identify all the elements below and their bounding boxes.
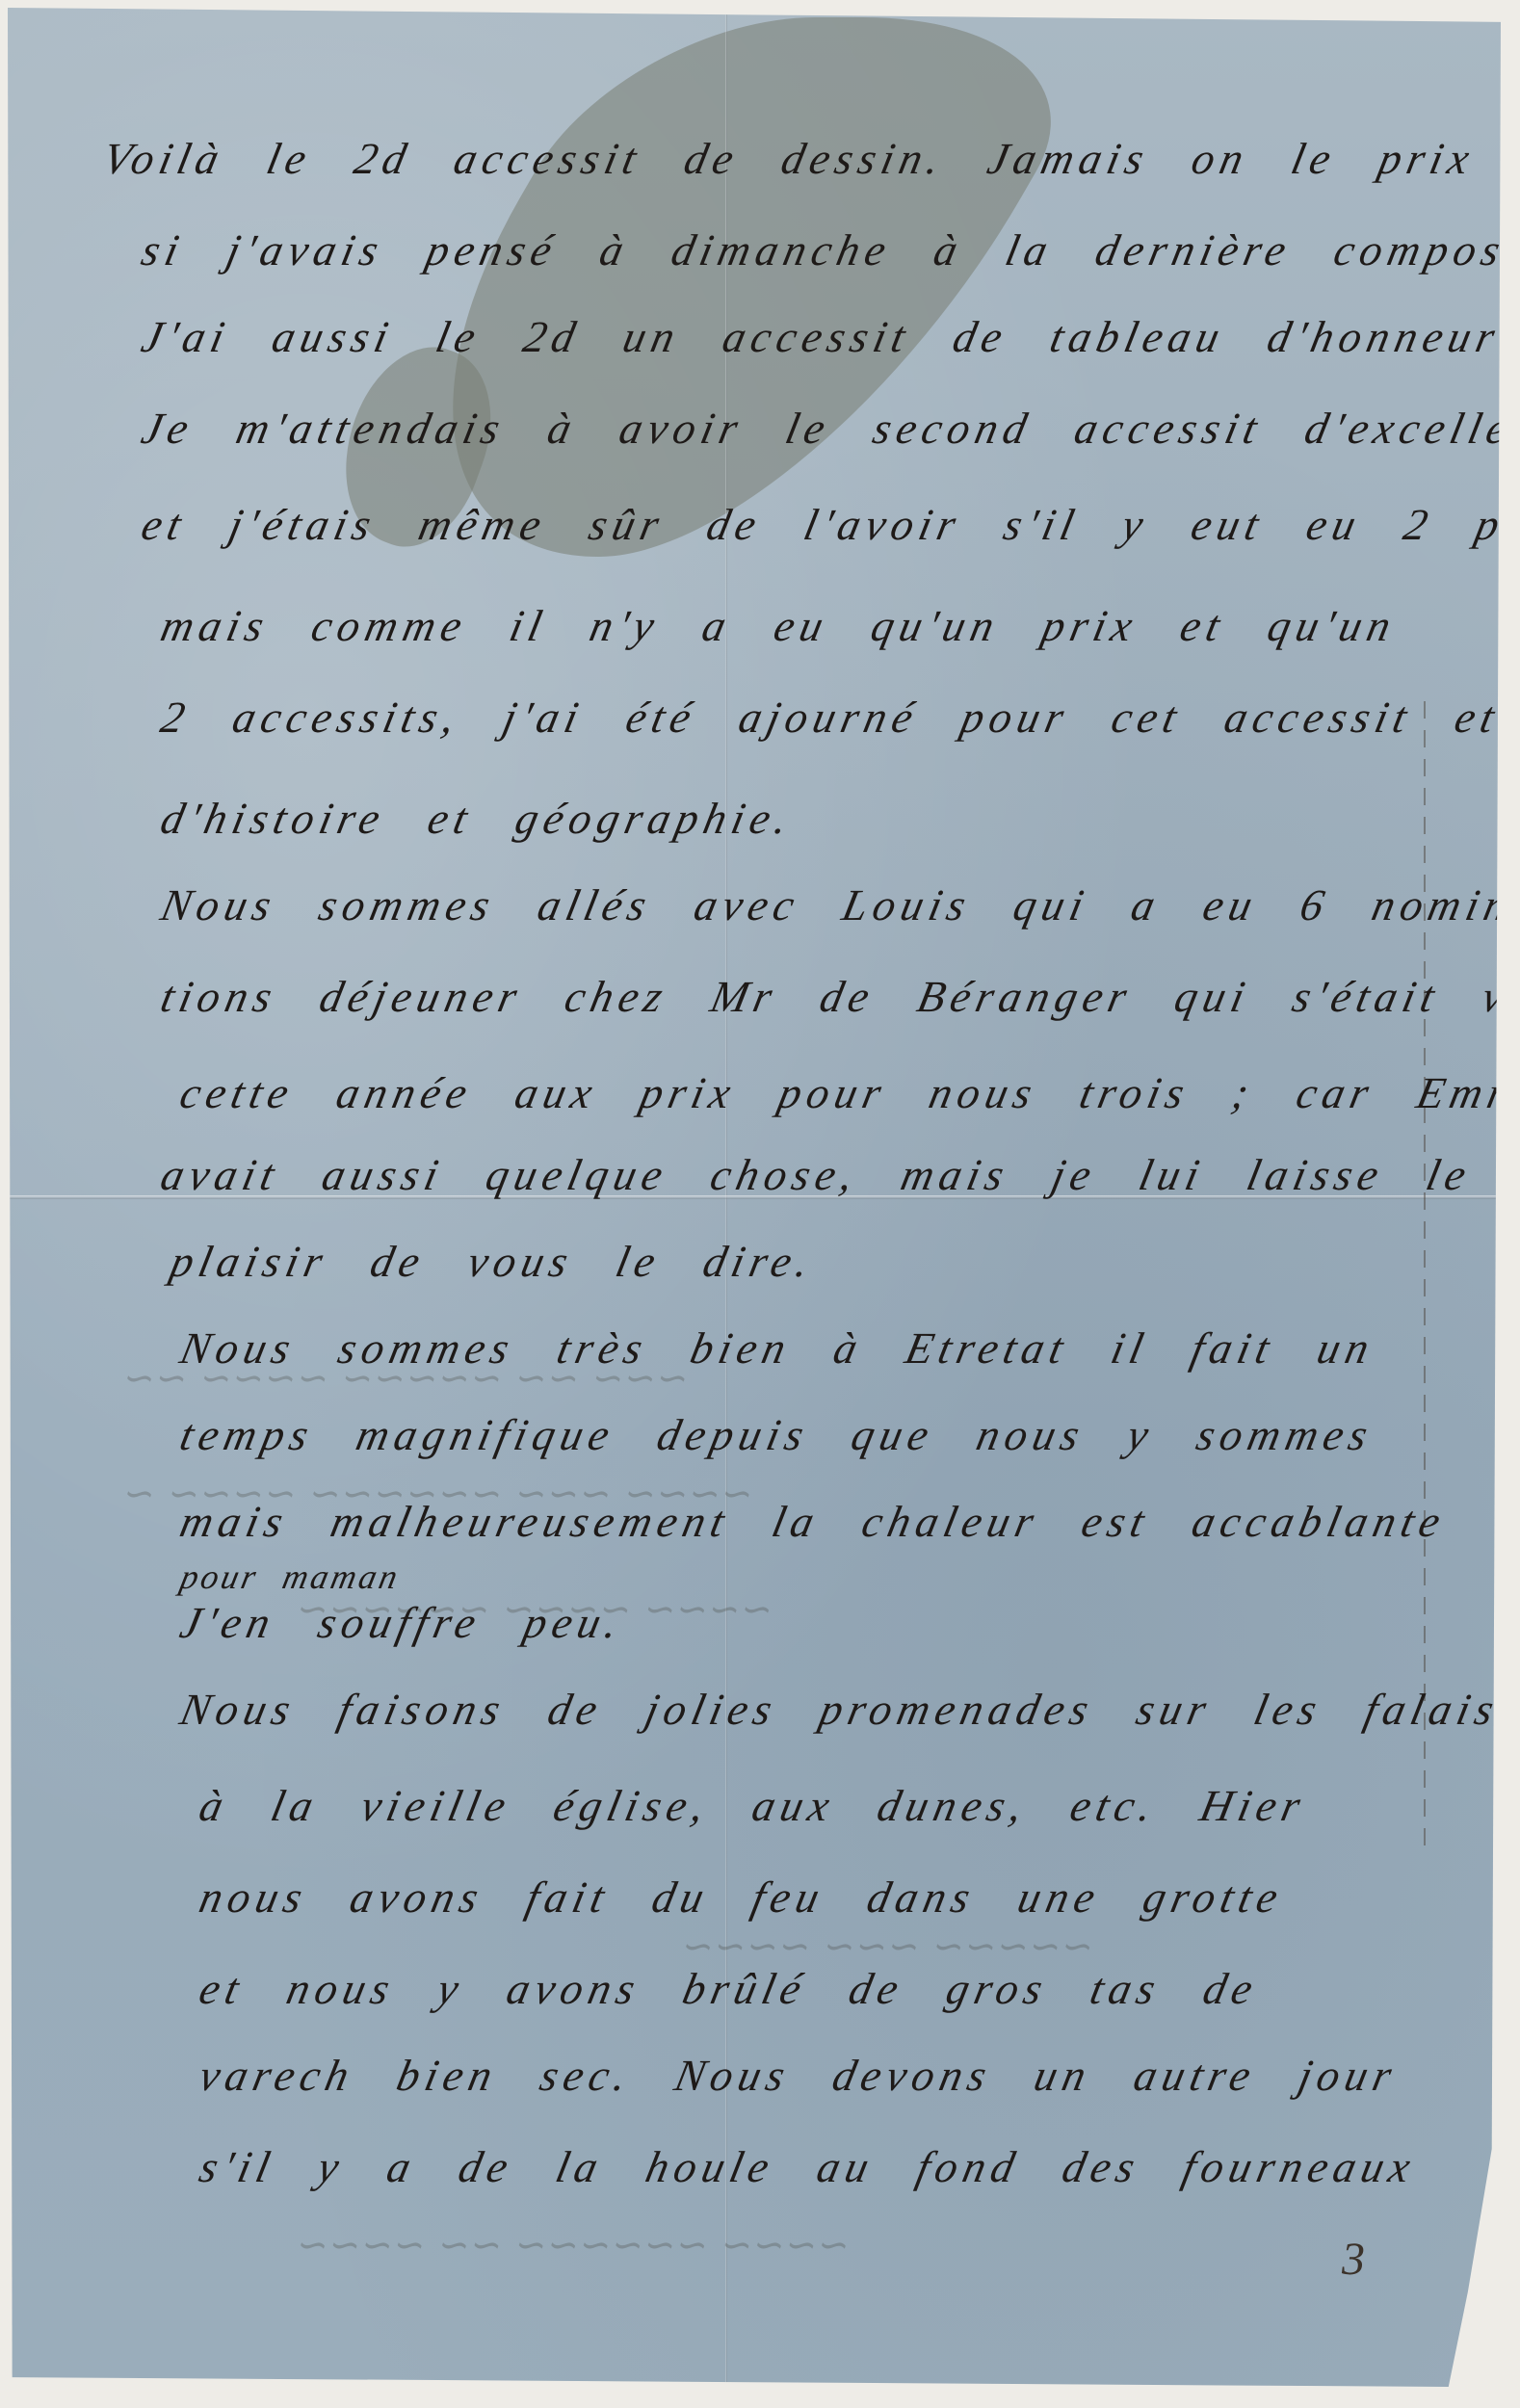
letter-line-16: mais malheureusement la chaleur est acca… (175, 1496, 1451, 1547)
letter-line-13: plaisir de vous le dire. (166, 1236, 819, 1287)
letter-line-6: mais comme il n'y a eu qu'un prix et qu'… (156, 600, 1401, 651)
letter-line-24: s'il y a de la houle au fond des fournea… (195, 2141, 1420, 2192)
letter-line-14: Nous sommes très bien à Etretat il fait … (175, 1322, 1379, 1374)
letter-line-20: à la vieille église, aux dunes, etc. Hie… (195, 1780, 1310, 1831)
page-number: 3 (1342, 2233, 1365, 2286)
letter-line-10: tions déjeuner chez Mr de Béranger qui s… (156, 971, 1520, 1022)
letter-line-11: cette année aux prix pour nous trois ; c… (175, 1067, 1520, 1118)
letter-line-8: d'histoire et géographie. (156, 793, 798, 844)
letter-line-5: et j'étais même sûr de l'avoir s'il y eu… (137, 499, 1520, 550)
letter-line-18: J'en souffre peu. (175, 1597, 628, 1648)
letter-line-21: nous avons fait du feu dans une grotte (195, 1871, 1288, 1923)
letter-line-17: pour maman (177, 1557, 405, 1597)
letter-line-23: varech bien sec. Nous devons un autre jo… (195, 2050, 1402, 2101)
letter-line-15: temps magnifique depuis que nous y somme… (175, 1409, 1377, 1460)
letter-line-22: et nous y avons brûlé de gros tas de (195, 1963, 1263, 2014)
letter-line-1: Voilà le 2d accessit de dessin. Jamais o… (98, 133, 1480, 184)
letter-line-4: Je m'attendais à avoir le second accessi… (137, 403, 1520, 454)
letter-line-9: Nous sommes allés avec Louis qui a eu 6 … (156, 879, 1520, 930)
letter-line-7: 2 accessits, j'ai été ajourné pour cet a… (156, 692, 1520, 743)
letter-paper: ~~~ ~~ ~~~~~ ~~~~ ~~ ~~~~ ~~~ ~~~~~~ ~~~… (8, 8, 1501, 2387)
letter-line-2: si j'avais pensé à dimanche à la dernièr… (137, 224, 1520, 275)
letter-line-12: avait aussi quelque chose, mais je lui l… (156, 1149, 1476, 1200)
letter-line-19: Nous faisons de jolies promenades sur le… (175, 1684, 1520, 1735)
letter-line-3: J'ai aussi le 2d un accessit de tableau … (137, 311, 1505, 362)
bleed-through-text: ~~~~ ~~~~~~ ~~ ~~~~ (289, 2223, 858, 2267)
